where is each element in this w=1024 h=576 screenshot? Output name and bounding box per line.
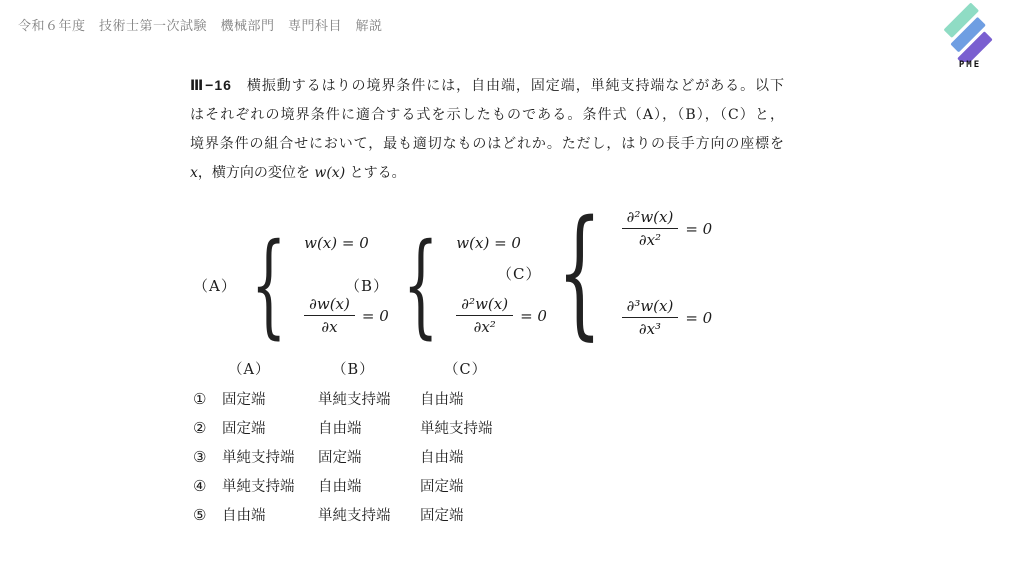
- condition-c-label: （C）: [497, 263, 541, 284]
- question-line-3: 境界条件の組合せにおいて，最も適切なものはどれか。ただし，はりの長手方向の座標を: [190, 130, 784, 159]
- choice-number: ②: [193, 419, 222, 437]
- choice-row-1: ① 固定端 単純支持端 自由端: [193, 384, 540, 413]
- choice-number: ①: [193, 390, 222, 408]
- choice-row-5: ⑤ 自由端 単純支持端 固定端: [193, 500, 540, 529]
- choice-b-value: 自由端: [318, 475, 420, 496]
- choice-b-value: 単純支持端: [318, 504, 420, 525]
- choice-row-2: ② 固定端 自由端 単純支持端: [193, 413, 540, 442]
- choice-c-value: 固定端: [420, 475, 540, 496]
- condition-a-label: （A）: [193, 275, 237, 296]
- logo-label: PME: [938, 60, 1002, 70]
- equation-c1: ∂²w(x) ∂x² = 0: [622, 208, 713, 249]
- choice-b-value: 自由端: [318, 417, 420, 438]
- choice-c-value: 自由端: [420, 388, 540, 409]
- question-line-2: はそれぞれの境界条件に適合する式を示したものである。条件式（A），（B），（C）…: [190, 101, 784, 130]
- fraction-numerator: ∂²w(x): [622, 208, 679, 229]
- document-header-title: 令和６年度 技術士第一次試験 機械部門 専門科目 解説: [18, 15, 383, 34]
- question-line-1: Ⅲ−16横振動するはりの境界条件には，自由端，固定端，単純支持端などがある。以下: [190, 71, 784, 101]
- choice-c-value: 単純支持端: [420, 417, 540, 438]
- fraction-numerator: ∂³w(x): [622, 297, 679, 318]
- question-block: Ⅲ−16横振動するはりの境界条件には，自由端，固定端，単純支持端などがある。以下…: [190, 71, 784, 188]
- condition-b-label: （B）: [345, 275, 389, 296]
- logo-stripes-icon: [940, 2, 1000, 62]
- fraction: ∂³w(x) ∂x³: [622, 297, 679, 338]
- question-line-4-mid: ，横方向の変位を: [198, 165, 314, 181]
- choices-header-b: （B）: [318, 358, 420, 379]
- left-brace-icon: {: [403, 229, 439, 341]
- choice-number: ③: [193, 448, 222, 466]
- choice-row-4: ④ 単純支持端 自由端 固定端: [193, 471, 540, 500]
- equation-rhs: = 0: [685, 220, 712, 238]
- equation-c2: ∂³w(x) ∂x³ = 0: [622, 297, 713, 338]
- choice-b-value: 単純支持端: [318, 388, 420, 409]
- question-line-4-tail: とする。: [345, 165, 405, 181]
- question-text: 横振動するはりの境界条件には，自由端，固定端，単純支持端などがある。以下: [246, 78, 784, 94]
- choice-number: ⑤: [193, 506, 222, 524]
- choice-c-value: 固定端: [420, 504, 540, 525]
- choice-a-value: 自由端: [222, 504, 318, 525]
- fraction: ∂²w(x) ∂x²: [622, 208, 679, 249]
- fraction-denominator: ∂x²: [474, 316, 496, 336]
- choices-table: （A） （B） （C） ① 固定端 単純支持端 自由端 ② 固定端 自由端 単純…: [193, 353, 540, 529]
- choices-header-row: （A） （B） （C）: [193, 353, 540, 384]
- choice-c-value: 自由端: [420, 446, 540, 467]
- condition-c-equations: ∂²w(x) ∂x² = 0 ∂³w(x) ∂x³ = 0: [622, 208, 713, 338]
- choice-row-3: ③ 単純支持端 固定端 自由端: [193, 442, 540, 471]
- fraction-denominator: ∂x³: [639, 318, 661, 338]
- choice-a-value: 固定端: [222, 388, 318, 409]
- fraction-denominator: ∂x: [321, 316, 337, 336]
- pme-logo: PME: [938, 2, 1002, 70]
- choice-a-value: 単純支持端: [222, 446, 318, 467]
- choice-a-value: 単純支持端: [222, 475, 318, 496]
- math-func-wx: w(x): [314, 165, 345, 181]
- choice-b-value: 固定端: [318, 446, 420, 467]
- left-brace-icon: {: [251, 229, 287, 341]
- left-brace-icon: {: [558, 203, 603, 343]
- equation-rhs: = 0: [685, 309, 712, 327]
- question-line-4: x，横方向の変位を w(x) とする。: [190, 159, 784, 188]
- choice-number: ④: [193, 477, 222, 495]
- condition-group-c: （C） { ∂²w(x) ∂x² = 0 ∂³w(x) ∂x³ = 0: [497, 203, 712, 343]
- fraction-denominator: ∂x²: [639, 229, 661, 249]
- choice-a-value: 固定端: [222, 417, 318, 438]
- choices-header-c: （C）: [420, 358, 540, 379]
- question-number: Ⅲ−16: [190, 77, 232, 93]
- math-var-x: x: [190, 165, 198, 181]
- choices-header-a: （A）: [222, 358, 318, 379]
